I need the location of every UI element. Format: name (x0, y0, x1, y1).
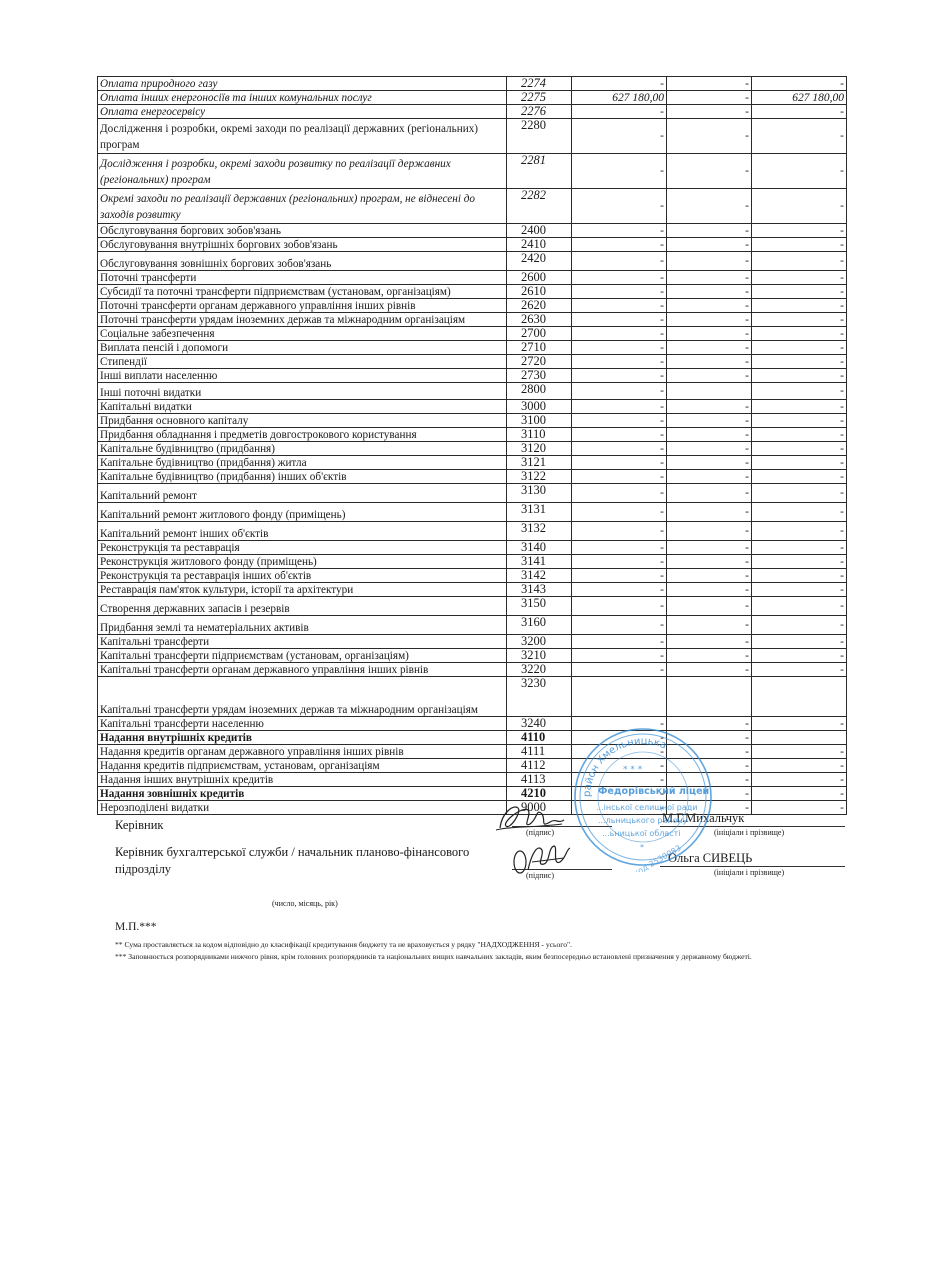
row-name: Соціальне забезпечення (98, 327, 507, 341)
row-value-3: - (752, 597, 847, 616)
row-value-2: - (667, 456, 752, 470)
row-value-2: - (667, 663, 752, 677)
table-row: Капітальні видатки3000--- (98, 400, 847, 414)
row-value-3: - (752, 484, 847, 503)
row-code: 2610 (507, 285, 572, 299)
row-value-1: - (572, 555, 667, 569)
row-value-3: - (752, 635, 847, 649)
row-value-2: - (667, 583, 752, 597)
table-row: Надання інших внутрішніх кредитів4113--- (98, 773, 847, 787)
table-row: Реконструкція житлового фонду (приміщень… (98, 555, 847, 569)
table-row: Надання кредитів підприємствам, установа… (98, 759, 847, 773)
row-value-3: - (752, 400, 847, 414)
row-value-1: - (572, 252, 667, 271)
row-code: 2281 (507, 154, 572, 189)
row-name: Поточні трансферти урядам іноземних держ… (98, 313, 507, 327)
row-value-1: - (572, 569, 667, 583)
table-row: Капітальні трансферти3200--- (98, 635, 847, 649)
row-code: 3140 (507, 541, 572, 555)
row-name: Створення державних запасів і резервів (98, 597, 507, 616)
row-name: Капітальне будівництво (придбання) житла (98, 456, 507, 470)
row-name: Надання кредитів підприємствам, установа… (98, 759, 507, 773)
row-code: 2630 (507, 313, 572, 327)
row-value-2: - (667, 154, 752, 189)
row-name: Оплата інших енергоносіїв та інших комун… (98, 91, 507, 105)
row-value-2: - (667, 400, 752, 414)
table-row: Окремі заходи по реалізації державних (р… (98, 189, 847, 224)
row-name: Капітальні видатки (98, 400, 507, 414)
row-code: 3131 (507, 503, 572, 522)
row-value-1 (572, 677, 667, 717)
row-code: 3121 (507, 456, 572, 470)
table-row: Капітальні трансферти органам державного… (98, 663, 847, 677)
row-value-1: - (572, 522, 667, 541)
row-code: 3000 (507, 400, 572, 414)
row-name: Капітальний ремонт (98, 484, 507, 503)
table-row: Оплата інших енергоносіїв та інших комун… (98, 91, 847, 105)
row-value-3: - (752, 787, 847, 801)
table-row: Надання кредитів органам державного упра… (98, 745, 847, 759)
row-code: 2730 (507, 369, 572, 383)
accountant-initials-caption: (ініціали і прізвище) (714, 868, 784, 877)
row-code: 2275 (507, 91, 572, 105)
stamp-org-line1: Федорівський ліцей (598, 786, 709, 797)
row-code: 3150 (507, 597, 572, 616)
table-row: Капітальне будівництво (придбання) інших… (98, 470, 847, 484)
row-code: 3132 (507, 522, 572, 541)
row-name: Придбання землі та нематеріальних активі… (98, 616, 507, 635)
row-name: Капітальний ремонт інших об'єктів (98, 522, 507, 541)
row-value-1: - (572, 369, 667, 383)
stamp-org-line4: ...ьницької області (602, 829, 681, 838)
row-name: Надання зовнішніх кредитів (98, 787, 507, 801)
row-value-3: - (752, 616, 847, 635)
row-code: 4210 (507, 787, 572, 801)
row-value-3: - (752, 238, 847, 252)
row-code: 2710 (507, 341, 572, 355)
row-value-2: - (667, 327, 752, 341)
row-name: Обслуговування боргових зобов'язань (98, 224, 507, 238)
row-value-3: - (752, 442, 847, 456)
table-row: Поточні трансферти2600--- (98, 271, 847, 285)
row-name: Поточні трансферти органам державного уп… (98, 299, 507, 313)
table-row: Капітальний ремонт житлового фонду (прим… (98, 503, 847, 522)
row-value-3: - (752, 503, 847, 522)
table-row: Обслуговування внутрішніх боргових зобов… (98, 238, 847, 252)
row-value-3: - (752, 119, 847, 154)
row-value-3: - (752, 189, 847, 224)
row-code: 3142 (507, 569, 572, 583)
table-row: Обслуговування боргових зобов'язань2400-… (98, 224, 847, 238)
row-value-2: - (667, 119, 752, 154)
row-value-2: - (667, 470, 752, 484)
row-value-1: - (572, 383, 667, 400)
row-value-3: - (752, 327, 847, 341)
table-row: Дослідження і розробки, окремі заходи ро… (98, 154, 847, 189)
table-row: Оплата природного газу2274--- (98, 77, 847, 91)
svg-text:*: * (640, 843, 644, 852)
row-value-3: - (752, 285, 847, 299)
row-value-1: 627 180,00 (572, 91, 667, 105)
row-value-1: - (572, 597, 667, 616)
row-code: 3122 (507, 470, 572, 484)
table-row: Капітальні трансферти урядам іноземних д… (98, 677, 847, 717)
row-value-1: - (572, 313, 667, 327)
row-code: 2620 (507, 299, 572, 313)
row-value-3: - (752, 77, 847, 91)
head-initials-caption: (ініціали і прізвище) (714, 828, 784, 837)
row-value-3: 627 180,00 (752, 91, 847, 105)
row-name: Обслуговування внутрішніх боргових зобов… (98, 238, 507, 252)
footnote-2: ** Сума проставляється за кодом відповід… (115, 939, 815, 951)
row-name: Реконструкція та реставрація (98, 541, 507, 555)
row-code: 2282 (507, 189, 572, 224)
row-code: 2600 (507, 271, 572, 285)
row-value-1: - (572, 299, 667, 313)
table-row: Реконструкція та реставрація3140--- (98, 541, 847, 555)
table-row: Оплата енергосервісу2276--- (98, 105, 847, 119)
row-name: Капітальне будівництво (придбання) (98, 442, 507, 456)
row-name: Реконструкція та реставрація інших об'єк… (98, 569, 507, 583)
row-value-3: - (752, 759, 847, 773)
row-code: 3160 (507, 616, 572, 635)
row-value-2: - (667, 484, 752, 503)
row-value-2: - (667, 616, 752, 635)
row-name: Оплата енергосервісу (98, 105, 507, 119)
row-value-2: - (667, 238, 752, 252)
row-code: 3200 (507, 635, 572, 649)
row-code: 3230 (507, 677, 572, 717)
table-row: Інші поточні видатки2800-- (98, 383, 847, 400)
row-code: 3210 (507, 649, 572, 663)
row-value-3: - (752, 355, 847, 369)
row-value-3: - (752, 522, 847, 541)
row-value-3: - (752, 569, 847, 583)
row-name: Капітальні трансферти урядам іноземних д… (98, 677, 507, 717)
row-value-2 (667, 383, 752, 400)
row-value-2: - (667, 341, 752, 355)
row-value-3: - (752, 154, 847, 189)
row-value-1: - (572, 442, 667, 456)
row-value-1: - (572, 583, 667, 597)
row-code: 2410 (507, 238, 572, 252)
table-row: Капітальний ремонт інших об'єктів3132--- (98, 522, 847, 541)
row-code: 3240 (507, 717, 572, 731)
row-value-3: - (752, 583, 847, 597)
footnote-3: *** Заповнюється розпорядниками нижчого … (115, 951, 815, 963)
row-value-3: - (752, 299, 847, 313)
table-row: Капітальні трансферти підприємствам (уст… (98, 649, 847, 663)
document-page: Оплата природного газу2274---Оплата інши… (0, 0, 930, 1280)
row-value-3 (752, 677, 847, 717)
seal-place-mark: М.П.*** (115, 921, 157, 933)
row-name: Субсидії та поточні трансферти підприємс… (98, 285, 507, 299)
row-value-2: - (667, 285, 752, 299)
row-value-3: - (752, 252, 847, 271)
row-value-2: - (667, 77, 752, 91)
row-code: 2700 (507, 327, 572, 341)
row-value-3: - (752, 313, 847, 327)
row-value-3: - (752, 271, 847, 285)
table-row: Надання зовнішніх кредитів4210--- (98, 787, 847, 801)
row-value-3: - (752, 414, 847, 428)
row-value-2: - (667, 649, 752, 663)
row-value-2: - (667, 635, 752, 649)
row-value-3: - (752, 745, 847, 759)
row-name: Інші поточні видатки (98, 383, 507, 400)
row-name: Надання інших внутрішніх кредитів (98, 773, 507, 787)
row-value-1: - (572, 341, 667, 355)
row-value-1: - (572, 635, 667, 649)
row-value-1: - (572, 649, 667, 663)
table-row: Обслуговування зовнішніх боргових зобов'… (98, 252, 847, 271)
stamp-org-line2: ...інської селищної ради (596, 803, 697, 812)
row-value-2: - (667, 522, 752, 541)
row-value-3: - (752, 649, 847, 663)
row-value-1: - (572, 400, 667, 414)
row-value-1: - (572, 238, 667, 252)
row-name: Обслуговування зовнішніх боргових зобов'… (98, 252, 507, 271)
row-value-3: - (752, 456, 847, 470)
row-value-2: - (667, 442, 752, 456)
row-value-2: - (667, 428, 752, 442)
row-value-2: - (667, 271, 752, 285)
row-code: 3220 (507, 663, 572, 677)
row-name: Виплата пенсій і допомоги (98, 341, 507, 355)
row-value-3 (752, 731, 847, 745)
table-row: Соціальне забезпечення2700--- (98, 327, 847, 341)
date-caption: (число, місяць, рік) (272, 899, 338, 908)
row-value-2: - (667, 414, 752, 428)
row-value-1: - (572, 154, 667, 189)
row-code: 2276 (507, 105, 572, 119)
row-code: 3110 (507, 428, 572, 442)
stamp-org-line3: ...льницького району (598, 816, 688, 825)
table-row: Виплата пенсій і допомоги2710--- (98, 341, 847, 355)
row-value-3: - (752, 224, 847, 238)
row-value-1: - (572, 414, 667, 428)
row-value-2: - (667, 224, 752, 238)
row-code: 2280 (507, 119, 572, 154)
table-row: Дослідження і розробки, окремі заходи по… (98, 119, 847, 154)
budget-expenditure-table: Оплата природного газу2274---Оплата інши… (97, 76, 847, 815)
row-name: Капітальні трансферти населенню (98, 717, 507, 731)
svg-text:* * *: * * * (623, 765, 643, 775)
row-value-2: - (667, 355, 752, 369)
row-value-3: - (752, 369, 847, 383)
row-value-1: - (572, 271, 667, 285)
row-name: Капітальні трансферти підприємствам (уст… (98, 649, 507, 663)
row-name: Капітальні трансферти органам державного… (98, 663, 507, 677)
row-value-1: - (572, 503, 667, 522)
row-name: Інші виплати населенню (98, 369, 507, 383)
row-name: Нерозподілені видатки (98, 801, 507, 815)
table-row: Інші виплати населенню2730--- (98, 369, 847, 383)
table-row: Поточні трансферти органам державного уп… (98, 299, 847, 313)
row-value-3: - (752, 105, 847, 119)
row-value-2: - (667, 252, 752, 271)
row-code: 3141 (507, 555, 572, 569)
row-code: 4112 (507, 759, 572, 773)
row-code: 3120 (507, 442, 572, 456)
row-code: 2400 (507, 224, 572, 238)
table-row: Придбання основного капіталу3100--- (98, 414, 847, 428)
head-label: Керівник (115, 818, 164, 833)
row-value-1: - (572, 77, 667, 91)
row-value-1: - (572, 285, 667, 299)
row-value-2: - (667, 555, 752, 569)
table-row: Стипендії2720--- (98, 355, 847, 369)
official-stamp: район Хмельницька * * * Федорівський ліц… (568, 722, 718, 872)
row-value-1: - (572, 224, 667, 238)
table-row: Капітальне будівництво (придбання) житла… (98, 456, 847, 470)
row-name: Поточні трансферти (98, 271, 507, 285)
row-value-2: - (667, 503, 752, 522)
row-name: Реконструкція житлового фонду (приміщень… (98, 555, 507, 569)
row-value-2: - (667, 299, 752, 313)
row-name: Надання кредитів органам державного упра… (98, 745, 507, 759)
row-value-1: - (572, 470, 667, 484)
row-value-3: - (752, 383, 847, 400)
row-value-1: - (572, 327, 667, 341)
row-value-2: - (667, 313, 752, 327)
row-value-3: - (752, 773, 847, 787)
row-value-1: - (572, 119, 667, 154)
row-name: Стипендії (98, 355, 507, 369)
row-code: 4111 (507, 745, 572, 759)
table-row: Капітальні трансферти населенню3240--- (98, 717, 847, 731)
row-code: 2720 (507, 355, 572, 369)
accountant-label: Керівник бухгалтерської служби / начальн… (115, 844, 495, 878)
row-code: 3130 (507, 484, 572, 503)
row-code: 2800 (507, 383, 572, 400)
row-code: 2274 (507, 77, 572, 91)
row-value-1: - (572, 428, 667, 442)
head-signature-scribble (492, 800, 572, 834)
row-value-3: - (752, 541, 847, 555)
row-name: Капітальні трансферти (98, 635, 507, 649)
row-name: Дослідження і розробки, окремі заходи ро… (98, 154, 507, 189)
row-value-3: - (752, 555, 847, 569)
row-name: Оплата природного газу (98, 77, 507, 91)
row-name: Придбання основного капіталу (98, 414, 507, 428)
row-code: 2420 (507, 252, 572, 271)
row-value-3: - (752, 663, 847, 677)
row-code: 3143 (507, 583, 572, 597)
table-row: Реконструкція та реставрація інших об'єк… (98, 569, 847, 583)
table-row: Поточні трансферти урядам іноземних держ… (98, 313, 847, 327)
row-code: 4110 (507, 731, 572, 745)
row-value-2: - (667, 189, 752, 224)
row-name: Придбання обладнання і предметів довгост… (98, 428, 507, 442)
row-value-2: - (667, 597, 752, 616)
row-value-1: - (572, 355, 667, 369)
row-value-1: - (572, 616, 667, 635)
row-value-2: - (667, 541, 752, 555)
row-name: Окремі заходи по реалізації державних (р… (98, 189, 507, 224)
row-value-1: - (572, 105, 667, 119)
row-value-3: - (752, 428, 847, 442)
row-code: 3100 (507, 414, 572, 428)
row-value-3: - (752, 717, 847, 731)
row-name: Капітальний ремонт житлового фонду (прим… (98, 503, 507, 522)
table-row: Капітальний ремонт3130--- (98, 484, 847, 503)
row-code: 4113 (507, 773, 572, 787)
table-row: Придбання землі та нематеріальних активі… (98, 616, 847, 635)
row-name: Надання внутрішніх кредитів (98, 731, 507, 745)
table-row: Субсидії та поточні трансферти підприємс… (98, 285, 847, 299)
table-row: Капітальне будівництво (придбання)3120--… (98, 442, 847, 456)
row-name: Капітальне будівництво (придбання) інших… (98, 470, 507, 484)
row-value-2: - (667, 569, 752, 583)
row-name: Реставрація пам'яток культури, історії т… (98, 583, 507, 597)
row-value-1: - (572, 663, 667, 677)
row-value-2 (667, 677, 752, 717)
row-value-1: - (572, 456, 667, 470)
table-row: Реставрація пам'яток культури, історії т… (98, 583, 847, 597)
table-row: Створення державних запасів і резервів31… (98, 597, 847, 616)
row-value-3: - (752, 801, 847, 815)
row-value-2: - (667, 105, 752, 119)
table-row: Придбання обладнання і предметів довгост… (98, 428, 847, 442)
row-value-2: - (667, 369, 752, 383)
row-value-1: - (572, 189, 667, 224)
row-value-2: - (667, 91, 752, 105)
row-name: Дослідження і розробки, окремі заходи по… (98, 119, 507, 154)
row-value-1: - (572, 484, 667, 503)
table-row: Надання внутрішніх кредитів4110-- (98, 731, 847, 745)
row-value-3: - (752, 470, 847, 484)
row-value-1: - (572, 541, 667, 555)
row-value-3: - (752, 341, 847, 355)
